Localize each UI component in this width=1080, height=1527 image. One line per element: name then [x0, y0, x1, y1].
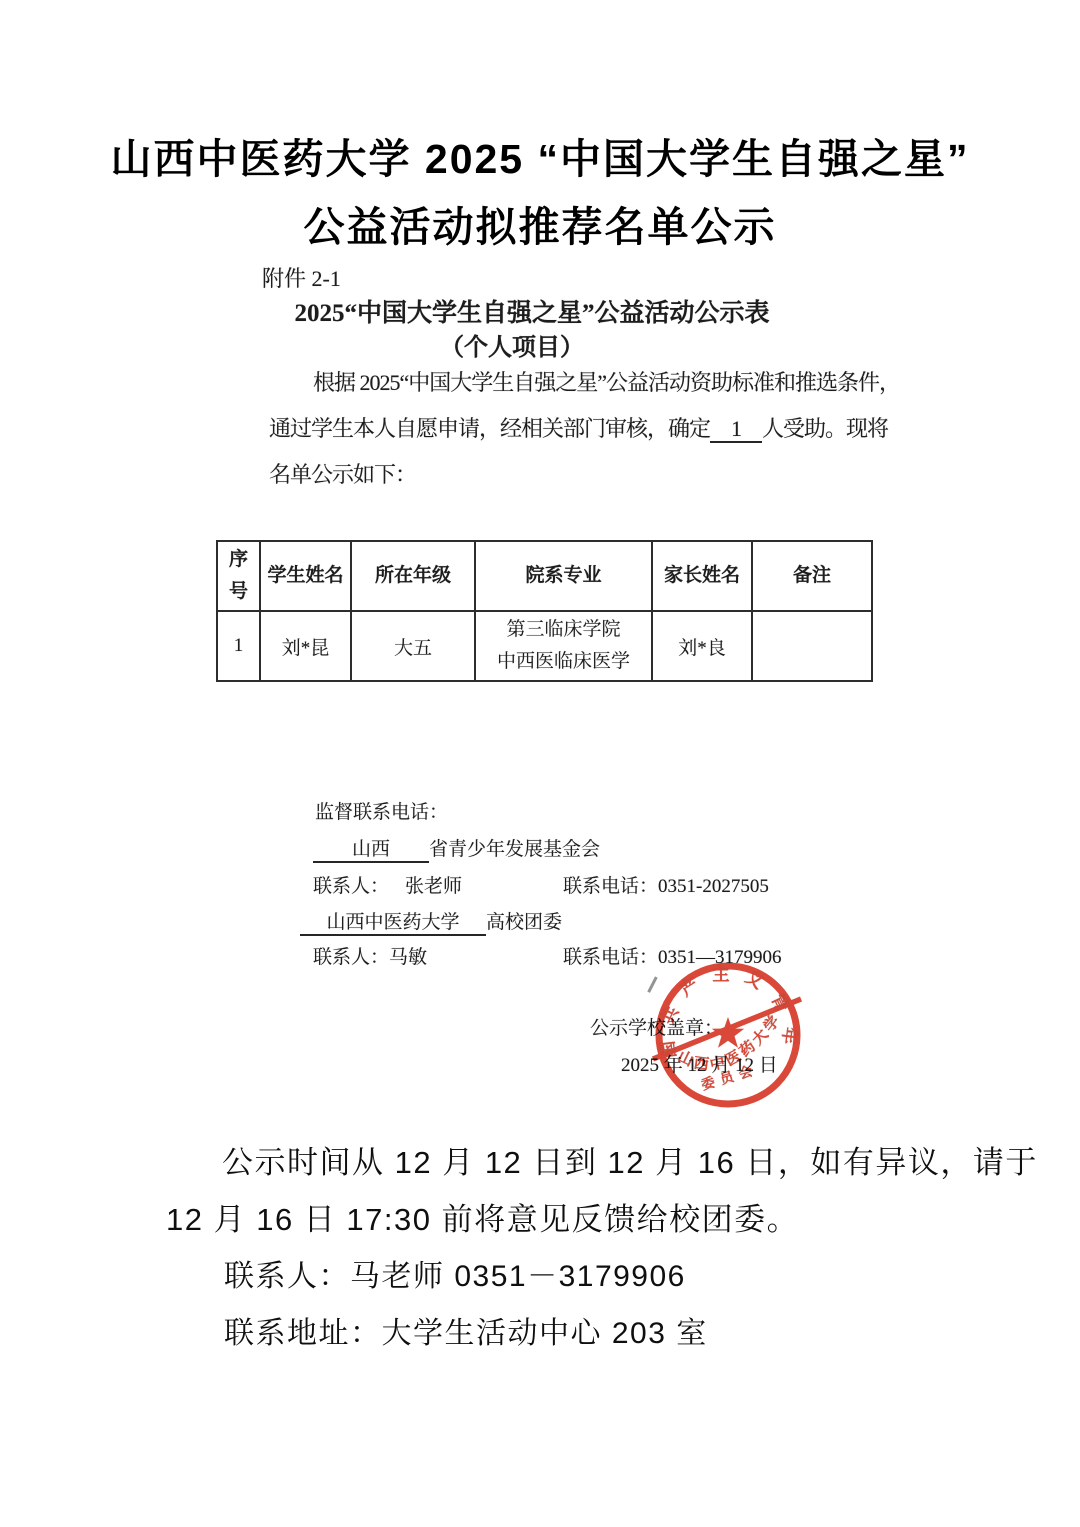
svg-text:中国共产主义青年团: 中国共产主义青年团 — [648, 955, 800, 1059]
official-stamp: 中国共产主义青年团 山西中医药大学 委员会 — [648, 955, 808, 1115]
paragraph-line2-before: 通过学生本人自愿申请，经相关部门审核，确定 — [269, 416, 710, 441]
header-grade: 所在年级 — [351, 541, 475, 611]
cell-student: 刘*昆 — [260, 611, 351, 681]
cell-note — [752, 611, 872, 681]
form-title: 2025“中国大学生自强之星”公益活动公示表 — [0, 293, 1072, 329]
contact-phone1: 联系电话：0351-2027505 — [563, 871, 769, 898]
cell-no: 1 — [217, 611, 260, 681]
header-no: 序号 — [217, 541, 260, 611]
header-student: 学生姓名 — [260, 541, 351, 611]
university-line: 山西中医药大学高校团委 — [300, 907, 562, 936]
footer-para-line2: 12 月 16 日 17:30 前将意见反馈给校团委。 — [166, 1194, 799, 1239]
table-row: 1 刘*昆 大五 第三临床学院 中西医临床医学 刘*良 — [217, 611, 872, 681]
contact-person1-label: 联系人： — [313, 876, 389, 897]
paragraph-line1: 根据 2025“中国大学生自强之星”公益活动资助标准和推选条件， — [313, 366, 900, 397]
footer-address-line: 联系地址：大学生活动中心 203 室 — [224, 1308, 708, 1352]
paragraph-line3: 名单公示如下： — [269, 458, 416, 489]
page-title-line1: 山西中医药大学 2025 “中国大学生自强之星” — [0, 126, 1080, 185]
university-blank: 山西中医药大学 — [300, 913, 486, 936]
form-subtitle: （个人项目） — [0, 327, 1052, 362]
contact-person1-name: 张老师 — [405, 876, 462, 897]
footer-para-line1: 公示时间从 12 月 12 日到 12 月 16 日，如有异议，请于 — [222, 1137, 1038, 1182]
paragraph-line2-after: 人受助。现将 — [762, 416, 888, 441]
university-committee: 高校团委 — [486, 912, 562, 933]
page-title-line2: 公益活动拟推荐名单公示 — [0, 194, 1080, 253]
cell-parent: 刘*良 — [652, 611, 752, 681]
cell-major-line2: 中西医临床医学 — [480, 646, 647, 678]
cell-major: 第三临床学院 中西医临床医学 — [475, 611, 652, 681]
notice-page: 山西中医药大学 2025 “中国大学生自强之星” 公益活动拟推荐名单公示 附件 … — [0, 0, 1080, 1527]
header-major: 院系专业 — [475, 541, 652, 611]
foundation-line: 山西省青少年发展基金会 — [313, 834, 600, 863]
header-note: 备注 — [752, 541, 872, 611]
roster-table: 序号 学生姓名 所在年级 院系专业 家长姓名 备注 1 刘*昆 大五 第三临床学… — [216, 540, 873, 682]
attachment-label: 附件 2-1 — [262, 262, 341, 293]
foundation-province-blank: 山西 — [313, 840, 429, 863]
cell-major-line1: 第三临床学院 — [480, 614, 647, 646]
approved-count-blank: 1 — [710, 417, 762, 443]
supervision-label: 监督联系电话： — [315, 797, 448, 824]
paragraph-line2: 通过学生本人自愿申请，经相关部门审核，确定1人受助。现将 — [269, 412, 888, 443]
cell-grade: 大五 — [351, 611, 475, 681]
foundation-name: 省青少年发展基金会 — [429, 839, 600, 860]
stamp-ring-text: 中国共产主义青年团 — [648, 955, 800, 1059]
contact-person2: 联系人：马敏 — [313, 942, 427, 969]
footer-contact-line: 联系人：马老师 0351－3179906 — [224, 1251, 686, 1295]
contact-person1: 联系人：张老师 — [313, 871, 462, 898]
header-parent: 家长姓名 — [652, 541, 752, 611]
table-header-row: 序号 学生姓名 所在年级 院系专业 家长姓名 备注 — [217, 541, 872, 611]
